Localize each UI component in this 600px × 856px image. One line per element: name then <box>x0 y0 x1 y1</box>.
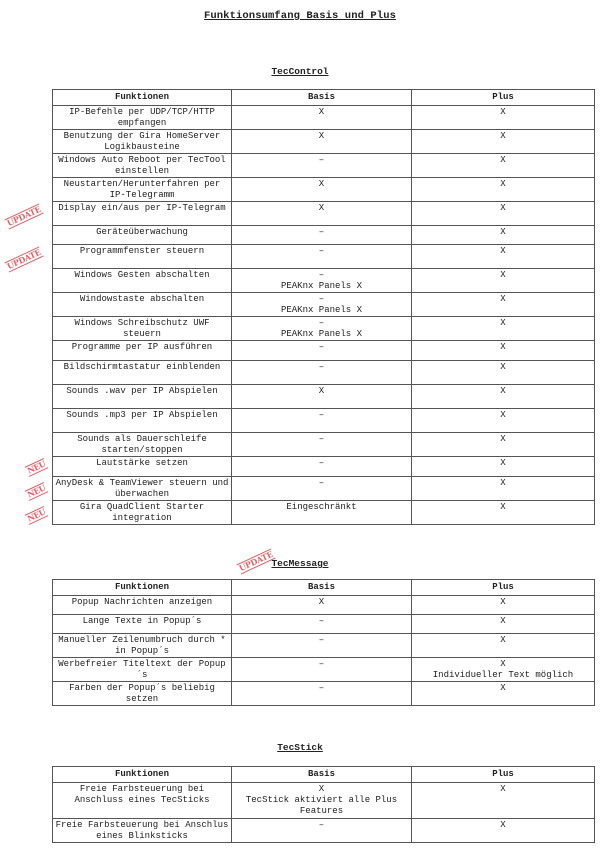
basis-value: – <box>234 270 409 281</box>
table-row: Windowstaste abschalten–PEAKnx Panels XX <box>53 293 595 317</box>
plus-cell: X <box>412 245 595 269</box>
basis-cell: – <box>232 409 412 433</box>
plus-cell: X <box>412 130 595 154</box>
column-header-plus: Plus <box>412 767 595 783</box>
basis-cell: – <box>232 477 412 501</box>
plus-cell: X <box>412 409 595 433</box>
plus-cell: X <box>412 634 595 658</box>
plus-cell: X <box>412 178 595 202</box>
table-row: Sounds .mp3 per IP Abspielen–X <box>53 409 595 433</box>
section-title-tecmessage: TecMessage <box>0 558 600 569</box>
basis-cell: – <box>232 634 412 658</box>
plus-value: X <box>414 362 592 373</box>
table-header-row: FunktionenBasisPlus <box>53 580 595 596</box>
feature-cell: Display ein/aus per IP-Telegram <box>53 202 232 226</box>
plus-value: X <box>414 616 592 627</box>
plus-cell: X <box>412 783 595 819</box>
plus-cell: X <box>412 385 595 409</box>
basis-note: PEAKnx Panels X <box>234 329 409 340</box>
column-header-basis: Basis <box>232 90 412 106</box>
basis-cell: X <box>232 385 412 409</box>
basis-value: – <box>234 227 409 238</box>
basis-value: X <box>234 386 409 397</box>
feature-cell: Windowstaste abschalten <box>53 293 232 317</box>
basis-cell: –PEAKnx Panels X <box>232 317 412 341</box>
plus-cell: X <box>412 457 595 477</box>
basis-cell: – <box>232 457 412 477</box>
table-row: Farben der Popup´s beliebig setzen–X <box>53 682 595 706</box>
feature-cell: Windows Schreibschutz UWF steuern <box>53 317 232 341</box>
column-header-funktionen: Funktionen <box>53 90 232 106</box>
table-row: Gira QuadClient Starter integrationEinge… <box>53 501 595 525</box>
table-row: Lautstärke setzen–X <box>53 457 595 477</box>
plus-value: X <box>414 434 592 445</box>
plus-cell: X <box>412 269 595 293</box>
table-row: Sounds .wav per IP AbspielenXX <box>53 385 595 409</box>
table-row: Programme per IP ausführen–X <box>53 341 595 361</box>
feature-cell: Windows Gesten abschalten <box>53 269 232 293</box>
basis-cell: – <box>232 226 412 245</box>
plus-cell: XIndividueller Text möglich <box>412 658 595 682</box>
feature-cell: AnyDesk & TeamViewer steuern und überwac… <box>53 477 232 501</box>
basis-value: – <box>234 342 409 353</box>
basis-value: – <box>234 458 409 469</box>
basis-value: – <box>234 410 409 421</box>
basis-value: – <box>234 820 409 831</box>
plus-value: X <box>414 294 592 305</box>
basis-cell: – <box>232 819 412 843</box>
table-row: Windows Schreibschutz UWF steuern–PEAKnx… <box>53 317 595 341</box>
basis-value: X <box>234 131 409 142</box>
table-row: Programmfenster steuern–X <box>53 245 595 269</box>
new-stamp: NEU <box>25 458 49 477</box>
feature-cell: Werbefreier Titeltext der Popup´s <box>53 658 232 682</box>
feature-cell: Sounds als Dauerschleife starten/stoppen <box>53 433 232 457</box>
feature-cell: Neustarten/Herunterfahren per IP-Telegra… <box>53 178 232 202</box>
column-header-basis: Basis <box>232 580 412 596</box>
feature-cell: Manueller Zeilenumbruch durch * in Popup… <box>53 634 232 658</box>
feature-cell: Farben der Popup´s beliebig setzen <box>53 682 232 706</box>
basis-cell: X <box>232 178 412 202</box>
table-header-row: FunktionenBasisPlus <box>53 90 595 106</box>
table-row: Freie Farbsteuerung bei Anschlus eines B… <box>53 819 595 843</box>
basis-value: X <box>234 597 409 608</box>
update-stamp: UPDATE <box>4 203 43 229</box>
basis-value: X <box>234 203 409 214</box>
plus-value: X <box>414 659 592 670</box>
plus-value: X <box>414 246 592 257</box>
plus-value: X <box>414 107 592 118</box>
basis-cell: X <box>232 202 412 226</box>
basis-cell: – <box>232 361 412 385</box>
basis-cell: – <box>232 682 412 706</box>
feature-cell: Freie Farbsteuerung bei Anschlus eines B… <box>53 819 232 843</box>
plus-cell: X <box>412 317 595 341</box>
basis-cell: – <box>232 245 412 269</box>
basis-value: X <box>234 784 409 795</box>
feature-cell: Lautstärke setzen <box>53 457 232 477</box>
basis-cell: X <box>232 106 412 130</box>
plus-cell: X <box>412 202 595 226</box>
table-row: Neustarten/Herunterfahren per IP-Telegra… <box>53 178 595 202</box>
feature-cell: Programmfenster steuern <box>53 245 232 269</box>
teccontrol-table: FunktionenBasisPlusIP-Befehle per UDP/TC… <box>52 89 595 525</box>
feature-cell: Freie Farbsteuerung bei Anschluss eines … <box>53 783 232 819</box>
basis-value: – <box>234 434 409 445</box>
plus-value: X <box>414 386 592 397</box>
feature-cell: Popup Nachrichten anzeigen <box>53 596 232 615</box>
plus-value: X <box>414 784 592 795</box>
column-header-plus: Plus <box>412 580 595 596</box>
basis-note: PEAKnx Panels X <box>234 281 409 292</box>
basis-value: – <box>234 318 409 329</box>
feature-cell: Lange Texte in Popup´s <box>53 615 232 634</box>
table-row: Benutzung der Gira HomeServer Logikbaust… <box>53 130 595 154</box>
feature-cell: Programme per IP ausführen <box>53 341 232 361</box>
plus-value: X <box>414 478 592 489</box>
table-row: Popup Nachrichten anzeigenXX <box>53 596 595 615</box>
plus-value: X <box>414 179 592 190</box>
basis-value: – <box>234 635 409 646</box>
basis-cell: – <box>232 341 412 361</box>
plus-value: X <box>414 683 592 694</box>
basis-cell: Eingeschränkt <box>232 501 412 525</box>
plus-value: X <box>414 458 592 469</box>
basis-value: X <box>234 179 409 190</box>
feature-cell: Sounds .mp3 per IP Abspielen <box>53 409 232 433</box>
feature-cell: Windows Auto Reboot per TecTool einstell… <box>53 154 232 178</box>
plus-note: Individueller Text möglich <box>414 670 592 681</box>
plus-value: X <box>414 131 592 142</box>
tecmessage-table: FunktionenBasisPlusPopup Nachrichten anz… <box>52 579 595 706</box>
table-row: Lange Texte in Popup´s–X <box>53 615 595 634</box>
plus-cell: X <box>412 154 595 178</box>
plus-cell: X <box>412 106 595 130</box>
basis-value: – <box>234 478 409 489</box>
table-row: Werbefreier Titeltext der Popup´s–XIndiv… <box>53 658 595 682</box>
column-header-basis: Basis <box>232 767 412 783</box>
plus-cell: X <box>412 501 595 525</box>
table-row: Freie Farbsteuerung bei Anschluss eines … <box>53 783 595 819</box>
plus-cell: X <box>412 433 595 457</box>
feature-cell: Geräteüberwachung <box>53 226 232 245</box>
basis-cell: – <box>232 433 412 457</box>
basis-cell: X <box>232 596 412 615</box>
basis-value: – <box>234 155 409 166</box>
plus-value: X <box>414 270 592 281</box>
basis-cell: XTecStick aktiviert alle Plus Features <box>232 783 412 819</box>
basis-value: – <box>234 683 409 694</box>
feature-cell: Sounds .wav per IP Abspielen <box>53 385 232 409</box>
update-stamp: UPDATE <box>4 246 43 272</box>
section-title-tecstick: TecStick <box>0 742 600 753</box>
basis-cell: X <box>232 130 412 154</box>
plus-value: X <box>414 820 592 831</box>
column-header-funktionen: Funktionen <box>53 580 232 596</box>
feature-cell: Bildschirmtastatur einblenden <box>53 361 232 385</box>
table-row: Geräteüberwachung–X <box>53 226 595 245</box>
table-row: Bildschirmtastatur einblenden–X <box>53 361 595 385</box>
basis-cell: – <box>232 154 412 178</box>
table-header-row: FunktionenBasisPlus <box>53 767 595 783</box>
feature-cell: Benutzung der Gira HomeServer Logikbaust… <box>53 130 232 154</box>
table-row: Sounds als Dauerschleife starten/stoppen… <box>53 433 595 457</box>
plus-value: X <box>414 155 592 166</box>
table-row: IP-Befehle per UDP/TCP/HTTP empfangenXX <box>53 106 595 130</box>
basis-value: – <box>234 616 409 627</box>
basis-note: TecStick aktiviert alle Plus Features <box>234 795 409 817</box>
section-title-teccontrol: TecControl <box>0 66 600 77</box>
table-row: Manueller Zeilenumbruch durch * in Popup… <box>53 634 595 658</box>
table-row: AnyDesk & TeamViewer steuern und überwac… <box>53 477 595 501</box>
plus-cell: X <box>412 596 595 615</box>
basis-value: – <box>234 362 409 373</box>
plus-cell: X <box>412 293 595 317</box>
plus-value: X <box>414 597 592 608</box>
new-stamp: NEU <box>25 506 49 525</box>
plus-cell: X <box>412 477 595 501</box>
basis-cell: – <box>232 658 412 682</box>
feature-cell: IP-Befehle per UDP/TCP/HTTP empfangen <box>53 106 232 130</box>
plus-value: X <box>414 342 592 353</box>
basis-value: Eingeschränkt <box>234 502 409 513</box>
table-row: Windows Auto Reboot per TecTool einstell… <box>53 154 595 178</box>
new-stamp: NEU <box>25 482 49 501</box>
plus-cell: X <box>412 615 595 634</box>
plus-value: X <box>414 203 592 214</box>
column-header-funktionen: Funktionen <box>53 767 232 783</box>
plus-value: X <box>414 635 592 646</box>
basis-value: – <box>234 246 409 257</box>
table-row: Windows Gesten abschalten–PEAKnx Panels … <box>53 269 595 293</box>
tecstick-table: FunktionenBasisPlusFreie Farbsteuerung b… <box>52 766 595 843</box>
basis-cell: –PEAKnx Panels X <box>232 269 412 293</box>
plus-cell: X <box>412 682 595 706</box>
plus-value: X <box>414 227 592 238</box>
plus-value: X <box>414 502 592 513</box>
basis-value: – <box>234 659 409 670</box>
basis-cell: –PEAKnx Panels X <box>232 293 412 317</box>
page-title: Funktionsumfang Basis und Plus <box>0 10 600 22</box>
feature-cell: Gira QuadClient Starter integration <box>53 501 232 525</box>
basis-cell: – <box>232 615 412 634</box>
plus-cell: X <box>412 226 595 245</box>
basis-value: – <box>234 294 409 305</box>
basis-value: X <box>234 107 409 118</box>
basis-note: PEAKnx Panels X <box>234 305 409 316</box>
plus-value: X <box>414 410 592 421</box>
plus-value: X <box>414 318 592 329</box>
plus-cell: X <box>412 341 595 361</box>
column-header-plus: Plus <box>412 90 595 106</box>
plus-cell: X <box>412 361 595 385</box>
plus-cell: X <box>412 819 595 843</box>
table-row: Display ein/aus per IP-TelegramXX <box>53 202 595 226</box>
